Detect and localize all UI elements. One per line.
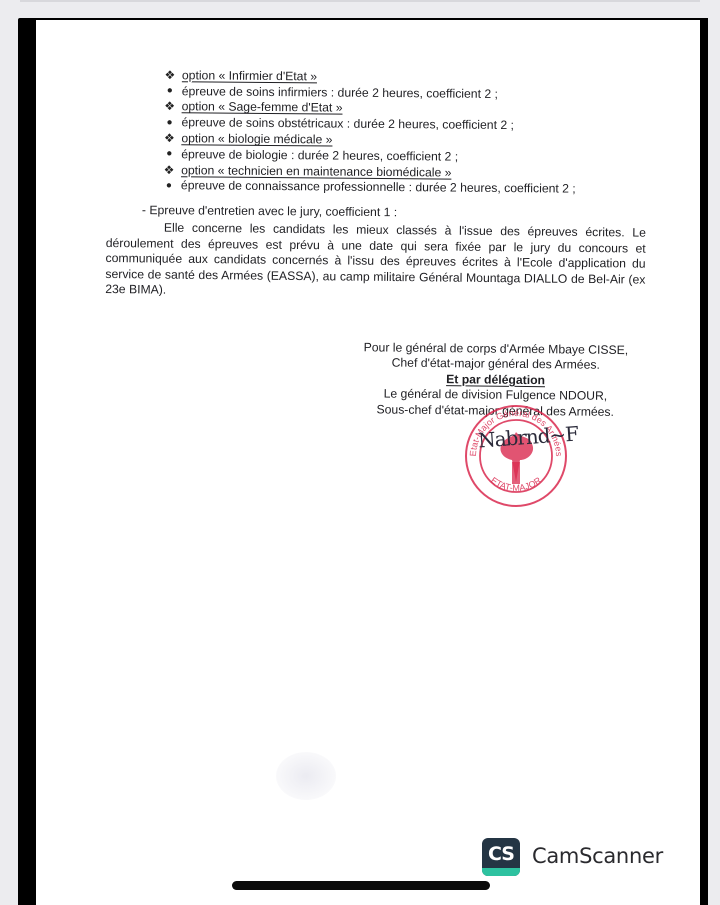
item-text: épreuve de soins obstétricaux : durée 2 … xyxy=(181,115,514,132)
item-text: épreuve de biologie : durée 2 heures, co… xyxy=(181,147,458,163)
interview-line: - Epreuve d'entretien avec le jury, coef… xyxy=(142,203,397,219)
logo-band xyxy=(482,868,520,876)
camscanner-logo-icon: CS xyxy=(482,838,520,876)
scan-smudge xyxy=(276,752,336,800)
diamond-bullet-icon: ❖ xyxy=(158,68,182,82)
paragraph-text: Elle concerne les candidats les mieux cl… xyxy=(105,220,646,304)
top-edge xyxy=(20,0,700,2)
diamond-bullet-icon: ❖ xyxy=(157,163,181,177)
diamond-bullet-icon: ❖ xyxy=(157,131,181,145)
dot-bullet-icon: ● xyxy=(157,117,181,128)
paragraph: Elle concerne les candidats les mieux cl… xyxy=(105,220,646,304)
right-edge xyxy=(700,18,708,905)
diamond-bullet-icon: ❖ xyxy=(158,99,182,113)
camscanner-watermark: CamScanner xyxy=(532,844,663,868)
home-indicator[interactable] xyxy=(232,881,490,890)
options-list: ❖option « Infirmier d'Etat »●épreuve de … xyxy=(157,67,638,198)
item-text: option « Infirmier d'Etat » xyxy=(182,68,317,83)
dot-bullet-icon: ● xyxy=(157,148,181,159)
logo-letters: CS xyxy=(482,843,520,865)
item-text: option « technicien en maintenance biomé… xyxy=(181,163,451,179)
item-text: épreuve de soins infirmiers : durée 2 he… xyxy=(182,84,498,101)
dot-bullet-icon: ● xyxy=(158,85,182,96)
item-text: option « biologie médicale » xyxy=(181,131,332,146)
official-stamp-icon: Etat-Major Général des Armées ETAT-MAJOR xyxy=(462,402,570,510)
dot-bullet-icon: ● xyxy=(157,180,181,191)
item-text: épreuve de connaissance professionnelle … xyxy=(181,179,576,196)
item-text: option « Sage-femme d'Etat » xyxy=(182,100,343,115)
